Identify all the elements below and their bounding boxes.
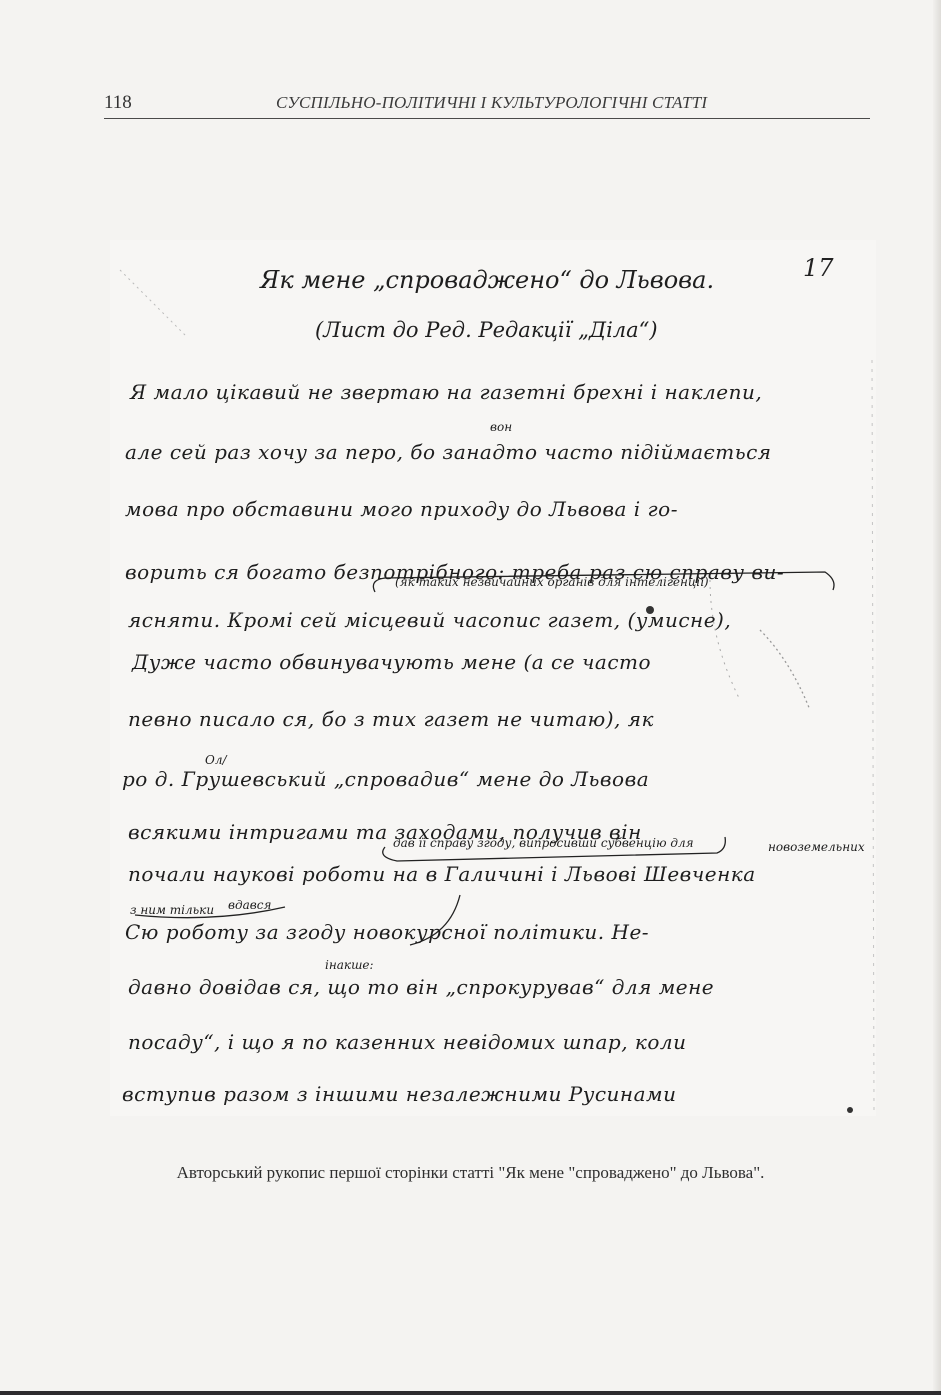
- manuscript-line: певно писало ся, бо з тих газет не читаю…: [128, 707, 654, 731]
- manuscript-annotation: вдався: [228, 898, 271, 912]
- manuscript-annotation: інакше:: [325, 958, 374, 972]
- scan-bottom-edge: [0, 1391, 941, 1395]
- manuscript-annotation: Ол/: [205, 753, 227, 767]
- manuscript-line: Я мало цікавий не звертаю на газетні бре…: [130, 380, 762, 404]
- manuscript-line: посаду“, і що я по казенних невідомих шп…: [128, 1030, 687, 1054]
- running-head: 118 СУСПІЛЬНО-ПОЛІТИЧНІ І КУЛЬТУРОЛОГІЧН…: [104, 88, 870, 119]
- manuscript-line: почали наукові роботи на в Галичині і Ль…: [128, 862, 756, 886]
- manuscript-title: Як мене „спроваджено“ до Львова.: [260, 266, 714, 294]
- manuscript-line: але сей раз хочу за перо, бо занадто час…: [125, 440, 772, 464]
- manuscript-line: Сю роботу за згоду новокурсної політики.…: [125, 920, 649, 944]
- figure-caption: Авторський рукопис першої сторінки статт…: [0, 1163, 941, 1183]
- manuscript-line: давно довідав ся, що то він „спрокурував…: [128, 975, 714, 999]
- manuscript-annotation: з ним тільки: [130, 903, 214, 917]
- manuscript-line: Дуже часто обвинувачують мене (а се част…: [132, 650, 651, 674]
- page-edge-shadow: [933, 0, 941, 1395]
- section-title: СУСПІЛЬНО-ПОЛІТИЧНІ І КУЛЬТУРОЛОГІЧНІ СТ…: [276, 93, 707, 113]
- manuscript-line: вступив разом з іншими незалежними Русин…: [122, 1082, 677, 1106]
- manuscript-subtitle: (Лист до Ред. Редакції „Діла“): [315, 318, 658, 342]
- manuscript-line: ясняти. Кромі сей місцевий часопис газет…: [128, 608, 731, 632]
- manuscript-annotation: (як таких незвичайних органів для інтелі…: [395, 575, 709, 589]
- manuscript-annotation: новоземельних: [768, 840, 865, 854]
- manuscript-sheet-number: 17: [803, 254, 834, 282]
- manuscript-facsimile: Як мене „спроваджено“ до Львова. 17 (Лис…: [110, 240, 876, 1116]
- page-number: 118: [104, 92, 132, 114]
- manuscript-annotation: вон: [490, 420, 512, 434]
- manuscript-line: мова про обставини мого приходу до Львов…: [125, 497, 678, 521]
- manuscript-line: ро д. Грушевський „спровадив“ мене до Ль…: [122, 767, 649, 791]
- manuscript-annotation: дав її справу згоду, випросивши субвенці…: [393, 836, 694, 850]
